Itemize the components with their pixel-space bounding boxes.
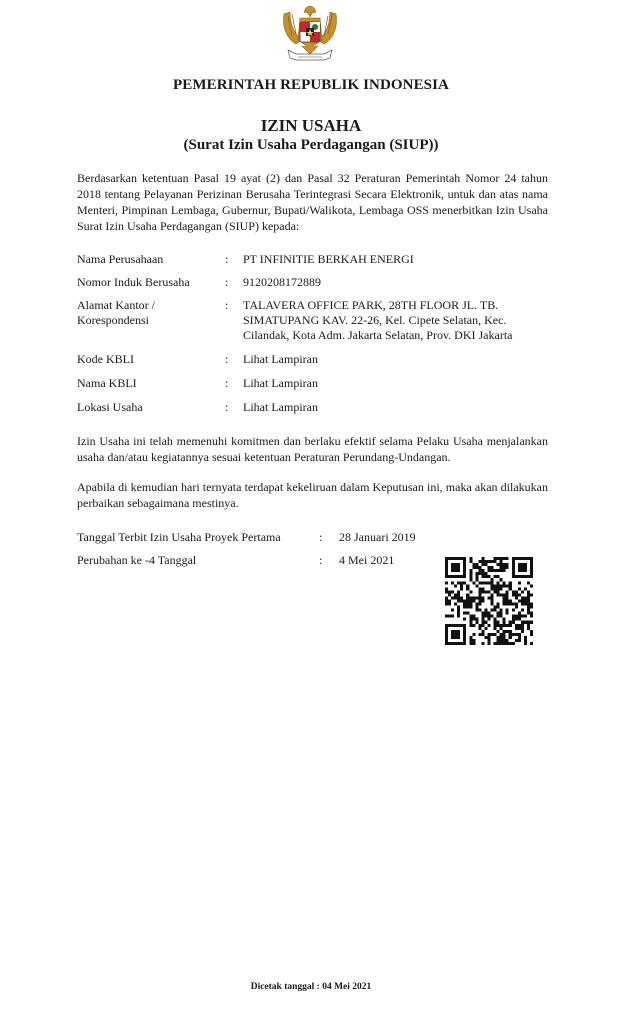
date-first-issued: Tanggal Terbit Izin Usaha Proyek Pertama… <box>77 530 416 545</box>
correction-statement: Apabila di kemudian hari ternyata terdap… <box>77 479 548 511</box>
field-value: Lihat Lampiran <box>243 352 543 367</box>
field-kbli-name: Nama KBLI : Lihat Lampiran <box>77 376 548 391</box>
field-address: Alamat Kantor / Korespondensi : TALAVERA… <box>77 298 548 343</box>
date-label: Tanggal Terbit Izin Usaha Proyek Pertama <box>77 530 319 545</box>
intro-paragraph: Berdasarkan ketentuan Pasal 19 ayat (2) … <box>77 170 548 234</box>
field-colon: : <box>225 298 243 343</box>
field-company-name: Nama Perusahaan : PT INFINITIE BERKAH EN… <box>77 252 548 267</box>
document-subtitle: (Surat Izin Usaha Perdagangan (SIUP)) <box>0 137 622 154</box>
qr-code-icon <box>445 557 533 645</box>
field-label: Kode KBLI <box>77 352 225 367</box>
field-value: Lihat Lampiran <box>243 376 543 391</box>
field-colon: : <box>225 275 243 290</box>
field-nib: Nomor Induk Berusaha : 9120208172889 <box>77 275 548 290</box>
field-value: 9120208172889 <box>243 275 543 290</box>
field-colon: : <box>225 376 243 391</box>
field-colon: : <box>225 400 243 415</box>
date-amendment: Perubahan ke -4 Tanggal : 4 Mei 2021 <box>77 553 394 568</box>
date-value: 4 Mei 2021 <box>339 553 394 568</box>
field-value: TALAVERA OFFICE PARK, 28TH FLOOR JL. TB.… <box>243 298 525 343</box>
field-colon: : <box>225 352 243 367</box>
document-title: IZIN USAHA <box>0 116 622 136</box>
field-value: PT INFINITIE BERKAH ENERGI <box>243 252 543 267</box>
field-colon: : <box>225 252 243 267</box>
validity-statement: Izin Usaha ini telah memenuhi komitmen d… <box>77 433 548 465</box>
printed-date: Dicetak tanggal : 04 Mei 2021 <box>0 982 622 992</box>
date-value: 28 Januari 2019 <box>339 530 416 545</box>
garuda-emblem-icon <box>278 2 342 68</box>
field-label: Lokasi Usaha <box>77 400 225 415</box>
date-colon: : <box>319 553 339 568</box>
field-kbli-code: Kode KBLI : Lihat Lampiran <box>77 352 548 367</box>
government-heading: PEMERINTAH REPUBLIK INDONESIA <box>0 77 622 94</box>
field-business-location: Lokasi Usaha : Lihat Lampiran <box>77 400 548 415</box>
field-label: Alamat Kantor / Korespondensi <box>77 298 197 343</box>
field-label: Nomor Induk Berusaha <box>77 275 225 290</box>
date-label: Perubahan ke -4 Tanggal <box>77 553 319 568</box>
field-value: Lihat Lampiran <box>243 400 543 415</box>
date-colon: : <box>319 530 339 545</box>
field-label: Nama KBLI <box>77 376 225 391</box>
field-label: Nama Perusahaan <box>77 252 225 267</box>
